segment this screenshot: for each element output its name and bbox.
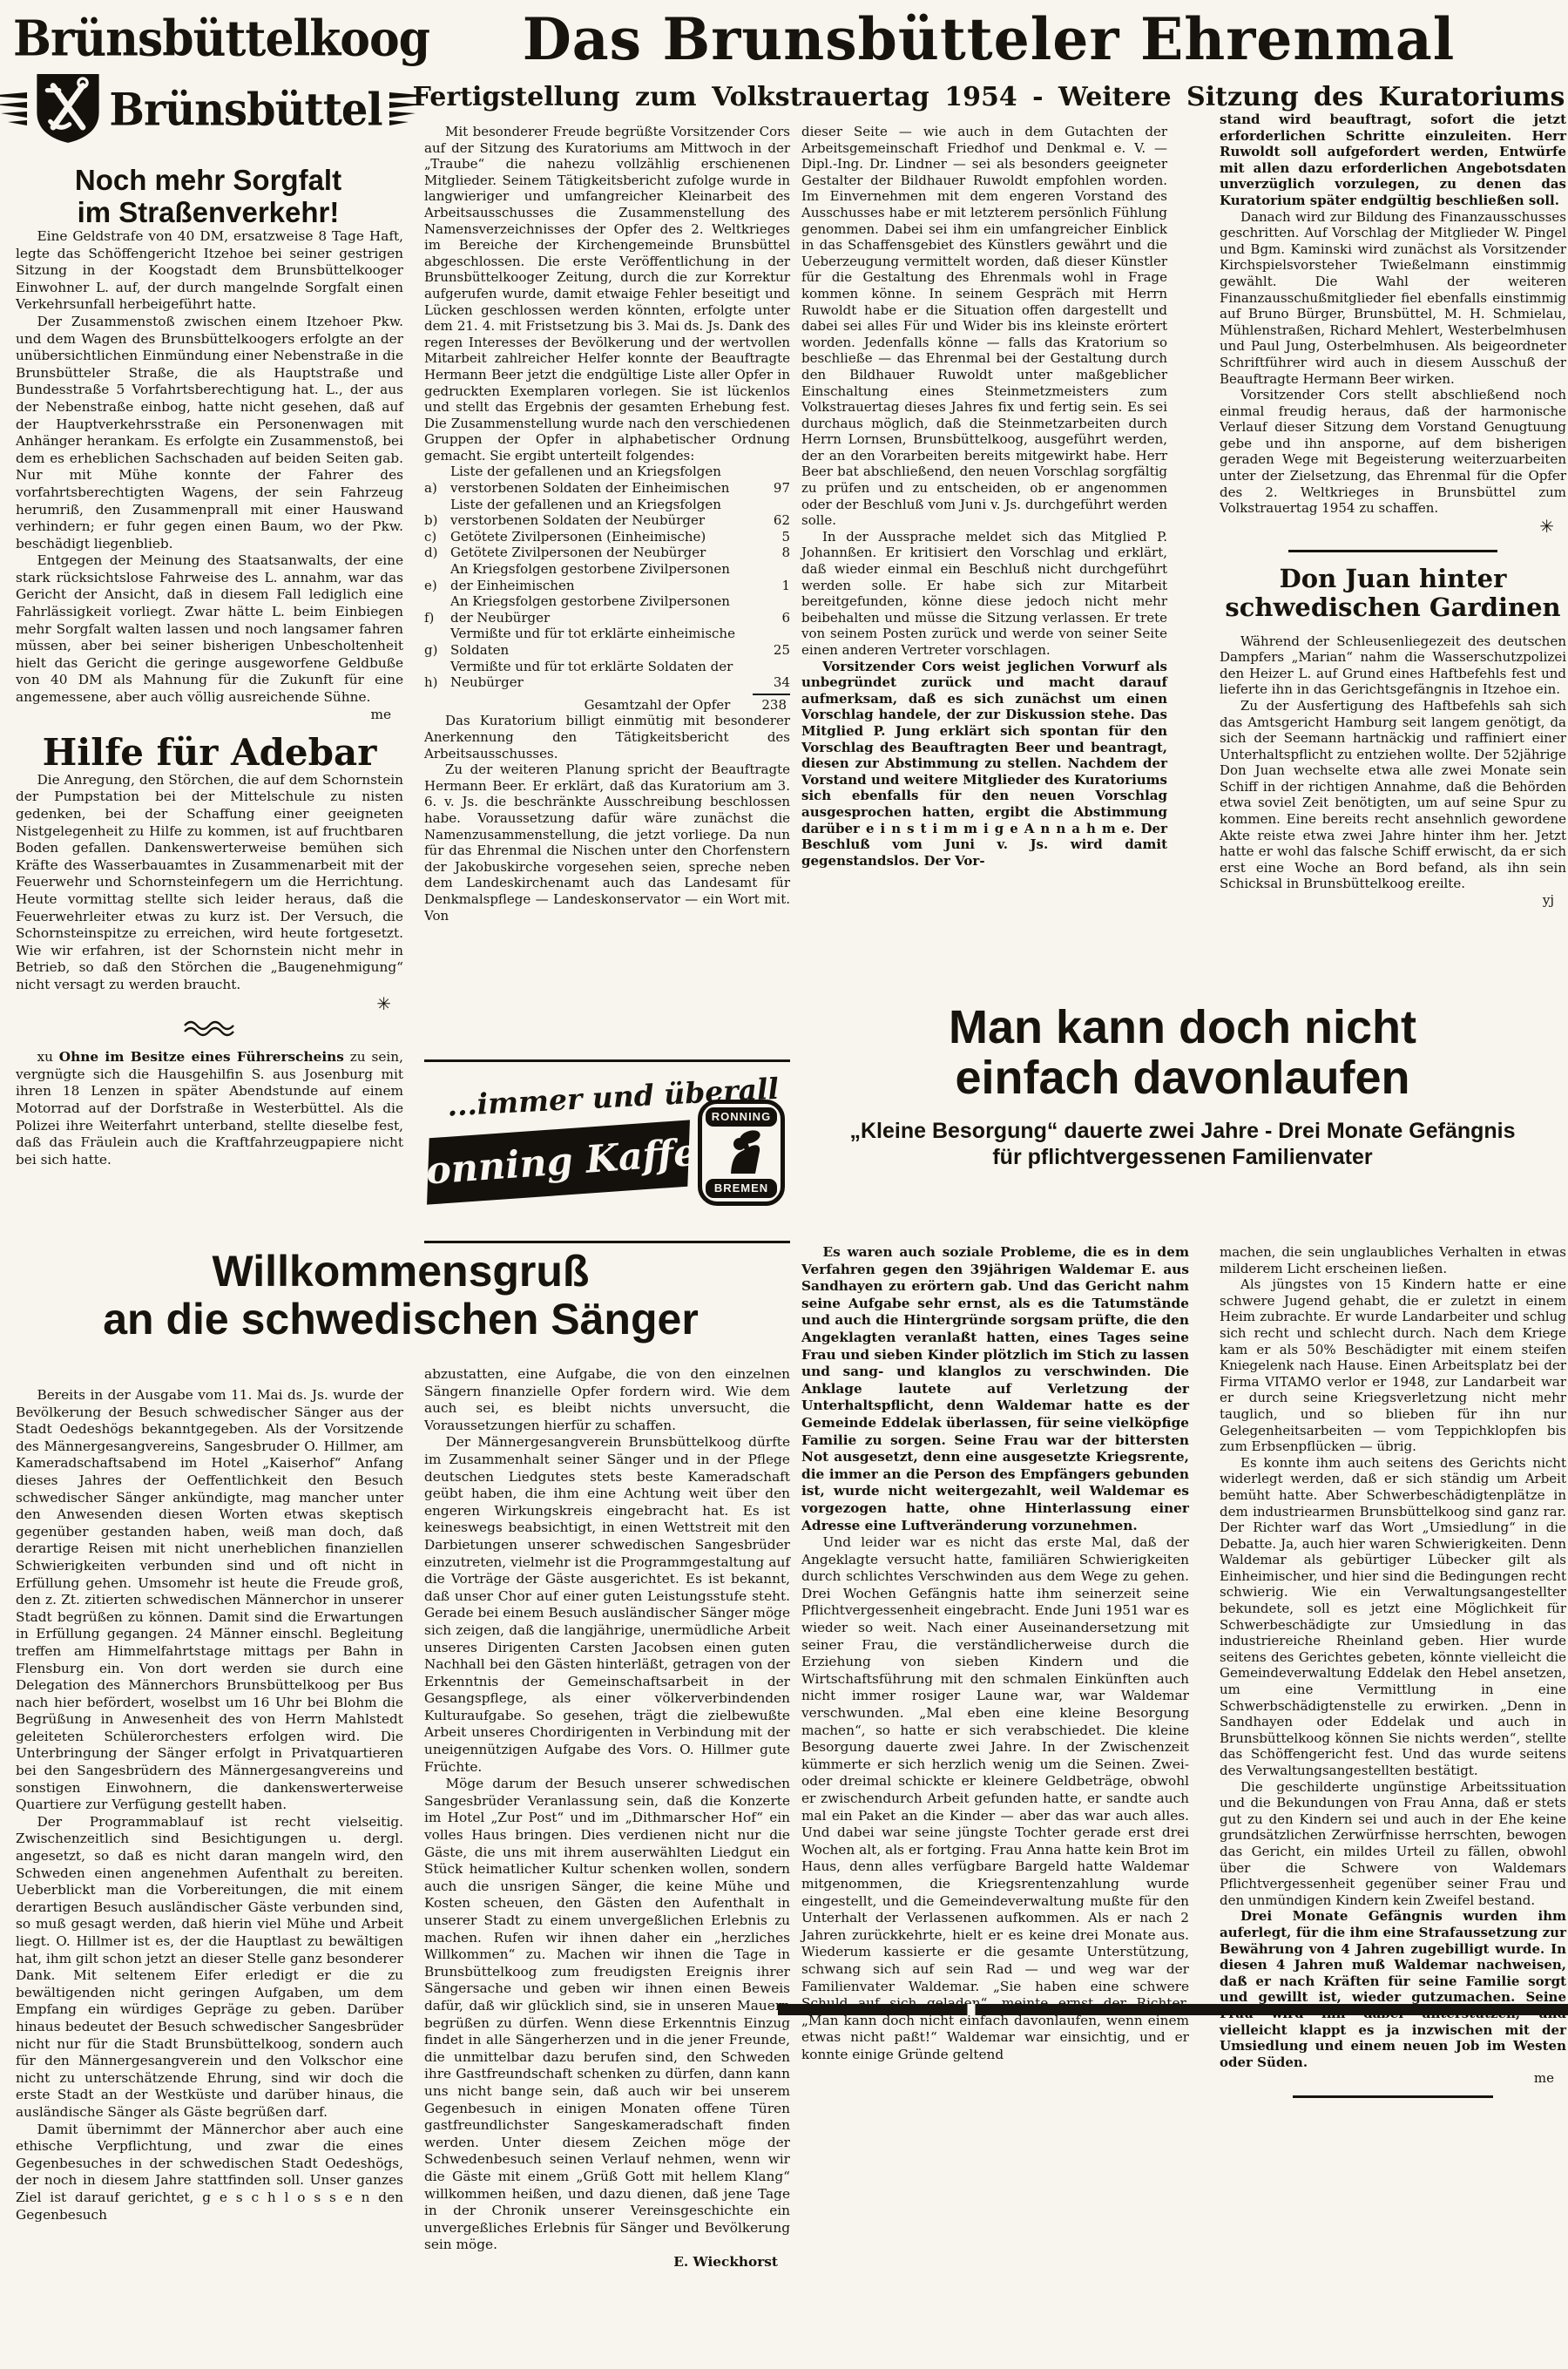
victim-list-row: c)Getötete Zivilpersonen (Einheimische)5	[424, 529, 790, 545]
willkommen-headline-line2: an die schwedischen Sänger	[13, 1296, 788, 1344]
paragraph: Eine Geldstrafe von 40 DM, ersatzweise 8…	[16, 228, 403, 314]
paragraph: Mit besonderer Freude begrüßte Vorsitzen…	[424, 124, 790, 464]
victim-list-row: h)Vermißte und für tot erklärte Soldaten…	[424, 659, 790, 691]
paragraph: Vorsitzender Cors stellt abschließend no…	[1220, 387, 1566, 517]
paragraph: Vorsitzender Cors weist jeglichen Vorwur…	[801, 659, 1167, 870]
lead-col4-body: stand wird beauftragt, sofort die jetzt …	[1220, 112, 1566, 536]
adebar-headline: Hilfe für Adebar	[16, 744, 403, 761]
victim-list: a)Liste der gefallenen und an Kriegsfolg…	[424, 464, 790, 690]
ad-badge: RONNING BREMEN	[698, 1100, 785, 1206]
lead-col3-body: dieser Seite — wie auch in dem Gutachten…	[801, 124, 1167, 869]
paragraph: Es waren auch soziale Probleme, die es i…	[801, 1244, 1189, 1534]
paragraph: Die Anregung, den Störchen, die auf dem …	[16, 772, 403, 994]
paragraph: Möge darum der Besuch unserer schwedisch…	[424, 1776, 790, 2254]
willkommen-column-1: Bereits in der Ausgabe vom 11. Mai ds. J…	[16, 1387, 403, 2223]
paragraph: machen, die sein unglaubliches Verhalten…	[1220, 1244, 1566, 1276]
paragraph: Das Kuratorium billigt einmütig mit beso…	[424, 713, 790, 761]
paragraph: Entgegen der Meinung des Staatsanwalts, …	[16, 552, 403, 706]
willkommen-col2-body: abzustatten, eine Aufgabe, die von den e…	[424, 1366, 790, 2271]
willkommen-headline: Willkommensgruß an die schwedischen Säng…	[13, 1248, 788, 1344]
brief-prefix: xu	[37, 1049, 58, 1065]
paragraph: Als jüngstes von 15 Kindern hatte er ein…	[1220, 1276, 1566, 1455]
lead-column-2: Mit besonderer Freude begrüßte Vorsitzen…	[424, 124, 790, 924]
lead-column-3: dieser Seite — wie auch in dem Gutachten…	[801, 124, 1167, 869]
paragraph: abzustatten, eine Aufgabe, die von den e…	[424, 1366, 790, 1434]
mankann-subhead-line1: „Kleine Besorgung“ dauerte zwei Jahre - …	[797, 1118, 1568, 1144]
paragraph: In der Aussprache meldet sich das Mitgli…	[801, 529, 1167, 659]
paragraph: Während der Schleusenliegezeit des deuts…	[1220, 633, 1566, 698]
masthead: Brünsbüttelkoog	[13, 12, 403, 229]
paragraph: Die geschilderte ungünstige Arbeitssitua…	[1220, 1779, 1566, 1909]
lead-subtitle: Fertigstellung zum Volkstrauertag 1954 -…	[409, 82, 1568, 112]
mankann-column-1: Es waren auch soziale Probleme, die es i…	[801, 1244, 1189, 2064]
ad-badge-top-label: RONNING	[706, 1107, 777, 1127]
victim-list-row: a)Liste der gefallenen und an Kriegsfolg…	[424, 464, 790, 496]
willkommen-col1-body: Bereits in der Ausgabe vom 11. Mai ds. J…	[16, 1387, 403, 2223]
paragraph: Zu der weiteren Planung spricht der Beau…	[424, 761, 790, 924]
col1-article1-headline-line1: Noch mehr Sorgfalt	[13, 165, 403, 197]
lead-title: Das Brunsbütteler Ehrenmal	[421, 5, 1556, 73]
paragraph: Bereits in der Ausgabe vom 11. Mai ds. J…	[16, 1387, 403, 1814]
rule-above-ad	[424, 1059, 790, 1062]
flourish-left-icon	[0, 91, 27, 129]
willkommen-column-2: abzustatten, eine Aufgabe, die von den e…	[424, 1366, 790, 2271]
paragraph: ✳	[16, 994, 403, 1013]
victim-total-row: Gesamtzahl der Opfer 238	[424, 694, 790, 714]
mankann-column-2: machen, die sein unglaubliches Verhalten…	[1220, 1244, 1566, 2107]
paragraph: stand wird beauftragt, sofort die jetzt …	[1220, 112, 1566, 209]
mankann-headline-line2: einfach davonlaufen	[797, 1053, 1568, 1103]
ad-banner: Ronning Kaffee	[427, 1120, 690, 1204]
brief-text: zu sein, vergnügte sich die Hausgehilfin…	[16, 1049, 403, 1168]
section-divider	[1288, 550, 1497, 552]
victim-list-row: d)Getötete Zivilpersonen der Neubürger8	[424, 545, 790, 561]
paragraph: E. Wieckhorst	[424, 2254, 790, 2271]
paragraph: ✳	[1220, 517, 1566, 536]
mankann-subhead-line2: für pflichtvergessenen Familienvater	[797, 1144, 1568, 1170]
donjuan-headline-line2: schwedischen Gardinen	[1220, 593, 1566, 622]
newspaper-page: Brünsbüttelkoog	[0, 0, 1568, 2369]
paragraph: me	[16, 707, 403, 724]
victim-total-value: 238	[753, 694, 790, 714]
willkommen-headline-line1: Willkommensgruß	[13, 1248, 788, 1296]
bottom-section-bar	[778, 2004, 1568, 2015]
victim-list-row: f)An Kriegsfolgen gestorbene Zivilperson…	[424, 593, 790, 626]
lead-col2-body-2: Das Kuratorium billigt einmütig mit beso…	[424, 713, 790, 924]
victim-list-row: e)An Kriegsfolgen gestorbene Zivilperson…	[424, 561, 790, 593]
coffee-carrier-icon	[707, 1128, 775, 1177]
col1-article1-body: Eine Geldstrafe von 40 DM, ersatzweise 8…	[16, 228, 403, 723]
paragraph: yj	[1220, 892, 1566, 909]
paragraph: Danach wird zur Bildung des Finanzaussch…	[1220, 209, 1566, 388]
paragraph: Zu der Ausfertigung des Haftbefehls sah …	[1220, 698, 1566, 892]
paragraph: Der Männergesangverein Brunsbüttelkoog d…	[424, 1434, 790, 1776]
paragraph: Es konnte ihm auch seitens des Gerichts …	[1220, 1455, 1566, 1779]
lead-col2-body: Mit besonderer Freude begrüßte Vorsitzen…	[424, 124, 790, 464]
paragraph: Und leider war es nicht das erste Mal, d…	[801, 1534, 1189, 2063]
lead-column-4: stand wird beauftragt, sofort die jetzt …	[1220, 112, 1566, 909]
ronning-kaffee-ad: ...immer und überall Ronning Kaffee RONN…	[424, 1080, 790, 1228]
mankann-col1-body: Es waren auch soziale Probleme, die es i…	[801, 1244, 1189, 2064]
masthead-town: Brünsbüttel	[109, 84, 382, 136]
paragraph: Der Zusammenstoß zwischen einem Itzehoer…	[16, 314, 403, 552]
town-crest-icon	[34, 71, 102, 149]
victim-list-row: b)Liste der gefallenen und an Kriegsfolg…	[424, 497, 790, 529]
victim-list-row: g)Vermißte und für tot erklärte einheimi…	[424, 626, 790, 658]
lead-headline-block: Das Brunsbütteler Ehrenmal Fertigstellun…	[409, 5, 1568, 112]
mankann-headline-block: Man kann doch nicht einfach davonlaufen …	[797, 1002, 1568, 1170]
donjuan-headline: Don Juan hinter schwedischen Gardinen	[1220, 565, 1566, 623]
donjuan-headline-line1: Don Juan hinter	[1220, 565, 1566, 593]
col1-article1-headline-line2: im Straßenverkehr!	[13, 197, 403, 229]
paragraph: dieser Seite — wie auch in dem Gutachten…	[801, 124, 1167, 529]
paragraph: Der Programmablauf ist recht vielseitig.…	[16, 1814, 403, 2122]
paragraph: Damit übernimmt der Männerchor aber auch…	[16, 2122, 403, 2224]
victim-total-label: Gesamtzahl der Opfer	[585, 697, 731, 714]
adebar-body: Die Anregung, den Störchen, die auf dem …	[16, 772, 403, 1013]
masthead-town-koog: Brünsbüttelkoog	[13, 10, 403, 68]
wavy-divider-icon	[16, 1020, 403, 1043]
ad-brand-name: Ronning Kaffee	[394, 1129, 723, 1195]
paragraph: Drei Monate Gefängnis wurden ihm auferle…	[1220, 1908, 1566, 2070]
mankann-headline-line1: Man kann doch nicht	[797, 1002, 1568, 1053]
article-end-rule	[1293, 2095, 1493, 2098]
brief-lead-in: Ohne im Besitze eines Führerscheins	[59, 1049, 344, 1065]
column-1: Eine Geldstrafe von 40 DM, ersatzweise 8…	[16, 228, 403, 1168]
brief-item: xu Ohne im Besitze eines Führerscheins z…	[16, 1049, 403, 1168]
ad-badge-bottom-label: BREMEN	[706, 1179, 777, 1198]
mankann-col2-body: machen, die sein unglaubliches Verhalten…	[1220, 1244, 1566, 2087]
rule-below-ad	[424, 1241, 790, 1243]
paragraph: me	[1220, 2070, 1566, 2087]
donjuan-body: Während der Schleusenliegezeit des deuts…	[1220, 633, 1566, 909]
